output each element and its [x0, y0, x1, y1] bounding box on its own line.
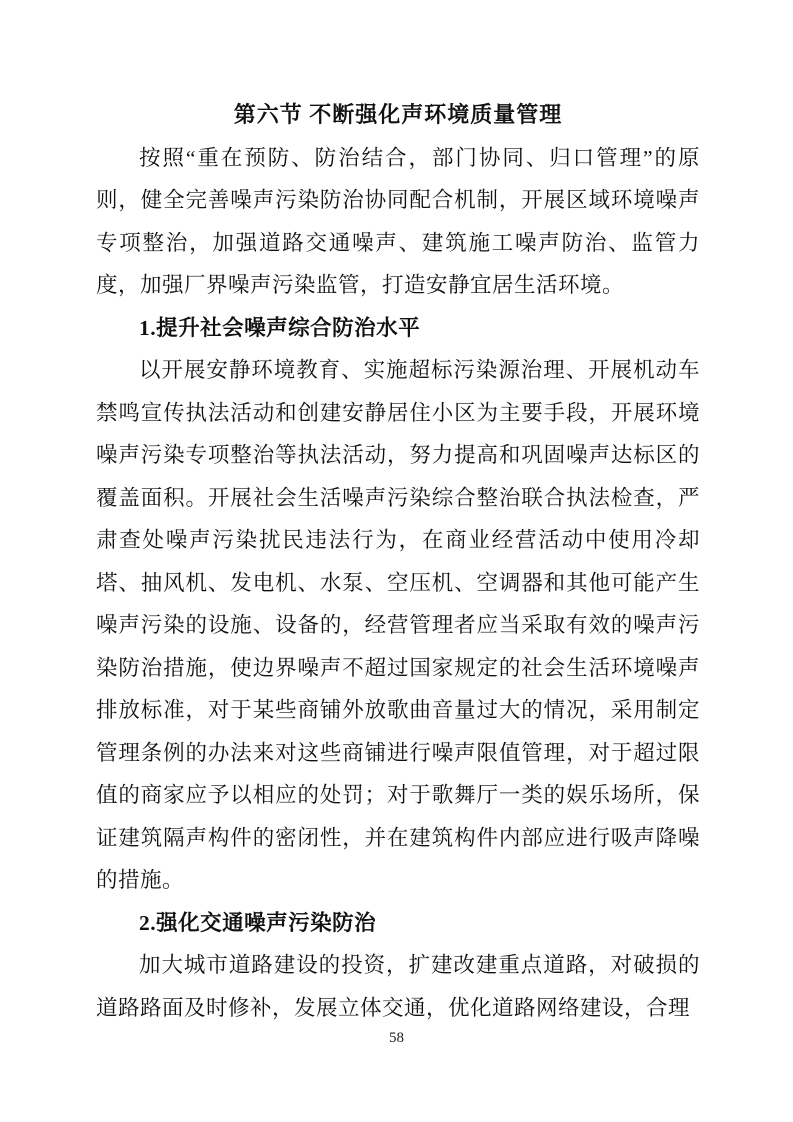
section-title: 第六节 不断强化声环境质量管理 — [96, 94, 700, 137]
subsection-2-heading: 2.强化交通噪声污染防治 — [96, 902, 700, 945]
document-page: 第六节 不断强化声环境质量管理 按照“重在预防、防治结合，部门协同、归口管理”的… — [0, 0, 793, 1122]
page-number: 58 — [0, 1028, 793, 1048]
document-body: 第六节 不断强化声环境质量管理 按照“重在预防、防治结合，部门协同、归口管理”的… — [96, 94, 700, 1029]
subsection-1-heading: 1.提升社会噪声综合防治水平 — [96, 307, 700, 350]
intro-paragraph: 按照“重在预防、防治结合，部门协同、归口管理”的原则，健全完善噪声污染防治协同配… — [96, 137, 700, 307]
subsection-2-paragraph: 加大城市道路建设的投资，扩建改建重点道路，对破损的道路路面及时修补，发展立体交通… — [96, 944, 700, 1029]
subsection-1-paragraph: 以开展安静环境教育、实施超标污染源治理、开展机动车禁鸣宣传执法活动和创建安静居住… — [96, 349, 700, 902]
